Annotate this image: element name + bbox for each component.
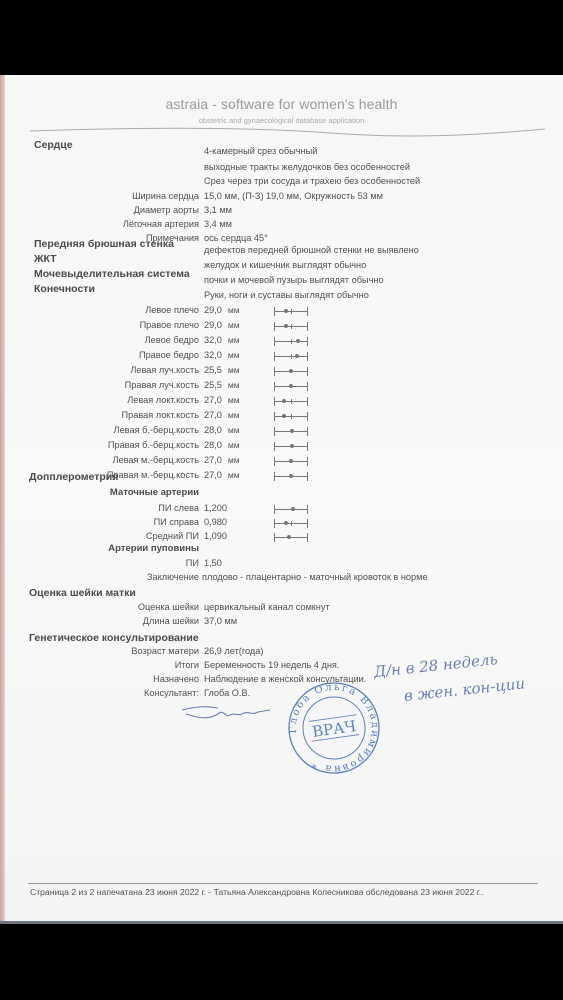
cervix-value: цервикальный канал сомкнут — [204, 602, 330, 613]
cervix-label: Оценка шейки — [138, 602, 199, 613]
limb-label: Левая локт.кость — [127, 395, 199, 406]
limb-unit: мм — [228, 425, 240, 435]
range-median-tick — [291, 354, 292, 359]
organ-finding: почки и мочевой пузырь выглядят обычно — [204, 275, 384, 286]
range-max-tick — [307, 427, 308, 436]
limb-unit: мм — [228, 410, 240, 420]
cervix-label: Длина шейки — [143, 616, 199, 627]
limb-label: Левая луч.кость — [130, 365, 199, 376]
report-page: astraia - software for women's health ob… — [0, 75, 563, 924]
limb-unit: мм — [228, 320, 240, 330]
genetic-label: Возраст матери — [131, 646, 199, 657]
range-min-tick — [274, 472, 275, 481]
range-bar — [274, 322, 308, 331]
section-organ: ЖКТ — [34, 253, 57, 265]
range-max-tick — [307, 412, 308, 421]
limb-number: 25,5 — [204, 380, 222, 390]
section-organ: Мочевыделительная система — [34, 268, 190, 280]
range-max-tick — [307, 337, 308, 346]
range-bar — [274, 397, 308, 406]
range-max-tick — [307, 352, 308, 361]
limb-number: 32,0 — [204, 335, 222, 345]
range-max-tick — [307, 533, 308, 542]
uterine-label: ПИ справа — [154, 517, 199, 528]
limb-value: 27,0мм — [204, 410, 240, 421]
range-max-tick — [307, 382, 308, 391]
limb-number: 27,0 — [204, 455, 222, 465]
organ-finding: желудок и кишечник выглядят обычно — [204, 260, 366, 271]
range-value-marker — [289, 474, 293, 478]
range-max-tick — [307, 457, 308, 466]
limb-label: Правое бедро — [139, 350, 199, 361]
section-heart: Сердце — [34, 139, 73, 151]
limb-number: 27,0 — [204, 395, 222, 405]
svg-text:ВРАЧ: ВРАЧ — [311, 717, 357, 741]
limb-value: 32,0мм — [204, 350, 240, 361]
range-max-tick — [307, 442, 308, 451]
doppler-conclusion: плодово - плацентарно - маточный кровото… — [202, 572, 428, 583]
range-value-marker — [284, 324, 288, 328]
limb-unit: мм — [228, 350, 240, 360]
range-median-tick — [291, 324, 292, 329]
limb-unit: мм — [228, 455, 240, 465]
range-value-marker — [290, 444, 294, 448]
limb-label: Правая луч.кость — [125, 380, 199, 391]
range-bar — [274, 307, 308, 316]
heart-row-value: 3,1 мм — [204, 205, 232, 216]
heart-row-label: Диаметр аорты — [134, 205, 199, 216]
limb-value: 28,0мм — [204, 440, 240, 451]
heart-row-label: Ширина сердца — [132, 191, 199, 202]
limb-label: Левое плечо — [145, 305, 199, 316]
heart-row-label: Лёгочная артерия — [123, 219, 199, 230]
range-bar — [274, 427, 308, 436]
range-bar — [274, 442, 308, 451]
handwritten-note-line1: Д/н в 28 недель — [373, 650, 498, 681]
range-bar — [274, 337, 308, 346]
doppler-conclusion-label: Заключение — [147, 572, 199, 583]
limb-value: 28,0мм — [204, 425, 240, 436]
range-value-marker — [284, 521, 288, 525]
limb-label: Правая м.-берц.кость — [107, 470, 199, 481]
range-min-tick — [274, 397, 275, 406]
paper-bottom-edge — [0, 921, 563, 924]
umbilical-pi-value: 1,50 — [204, 558, 222, 569]
range-max-tick — [307, 367, 308, 376]
range-value-marker — [289, 459, 293, 463]
range-value-marker — [289, 384, 293, 388]
range-bar — [274, 457, 308, 466]
limb-number: 28,0 — [204, 425, 222, 435]
heart-row-value: ось сердца 45° — [204, 233, 268, 244]
limb-value: 27,0мм — [204, 455, 240, 466]
range-median-tick — [291, 521, 292, 526]
limb-unit: мм — [228, 365, 240, 375]
range-value-marker — [282, 414, 286, 418]
heart-finding: выходные тракты желудочков без особеннос… — [204, 162, 410, 173]
header-title: astraia - software for women's health — [0, 96, 563, 112]
organ-finding: дефектов передней брюшной стенки не выяв… — [204, 245, 419, 256]
header-divider — [30, 123, 545, 143]
genetic-value: Глоба О.В. — [204, 688, 250, 699]
limb-value: 25,5мм — [204, 380, 240, 391]
limb-unit: мм — [228, 470, 240, 480]
uterine-label: Средний ПИ — [146, 531, 199, 542]
limb-number: 28,0 — [204, 440, 222, 450]
limb-number: 27,0 — [204, 470, 222, 480]
limb-value: 25,5мм — [204, 365, 240, 376]
range-value-marker — [287, 535, 291, 539]
range-max-tick — [307, 472, 308, 481]
section-genetic: Генетическое консультирование — [29, 632, 199, 644]
limb-label: Правая локт.кость — [122, 410, 200, 421]
range-median-tick — [291, 309, 292, 314]
range-max-tick — [307, 322, 308, 331]
limb-unit: мм — [228, 395, 240, 405]
limb-value: 27,0мм — [204, 395, 240, 406]
limb-number: 25,5 — [204, 365, 222, 375]
range-bar — [274, 367, 308, 376]
range-min-tick — [274, 505, 275, 514]
range-value-marker — [284, 309, 288, 313]
range-bar — [274, 472, 308, 481]
limb-number: 27,0 — [204, 410, 222, 420]
limb-value: 29,0мм — [204, 320, 240, 331]
range-bar — [274, 533, 308, 542]
section-cervix: Оценка шейки матки — [29, 587, 136, 599]
limb-number: 29,0 — [204, 305, 222, 315]
limb-unit: мм — [228, 335, 240, 345]
cervix-value: 37,0 мм — [204, 616, 237, 627]
limb-unit: мм — [228, 380, 240, 390]
range-min-tick — [274, 533, 275, 542]
heart-finding: Срез через три сосуда и трахею без особе… — [204, 176, 420, 187]
uterine-value: 0,980 — [204, 517, 227, 528]
limb-label: Левая б.-берц.кость — [114, 425, 199, 436]
range-median-tick — [291, 414, 292, 419]
heart-row-value: 3,4 мм — [204, 219, 232, 230]
range-min-tick — [274, 367, 275, 376]
range-value-marker — [291, 507, 295, 511]
genetic-value: Беременность 19 недель 4 дня. — [204, 660, 339, 671]
range-min-tick — [274, 412, 275, 421]
range-min-tick — [274, 307, 275, 316]
range-value-marker — [282, 399, 286, 403]
range-max-tick — [307, 307, 308, 316]
signature — [178, 702, 273, 724]
section-organ: Передняя брюшная стенка — [34, 238, 174, 250]
limb-value: 32,0мм — [204, 335, 240, 346]
limb-unit: мм — [228, 305, 240, 315]
range-min-tick — [274, 442, 275, 451]
umbilical-pi-label: ПИ — [186, 558, 199, 569]
heart-row-value: 15,0 мм, (П-З) 19,0 мм, Окружность 53 мм — [204, 191, 383, 202]
range-min-tick — [274, 457, 275, 466]
range-min-tick — [274, 322, 275, 331]
uterine-value: 1,200 — [204, 503, 227, 514]
range-line — [274, 537, 308, 538]
genetic-label: Консультант: — [144, 688, 199, 699]
heart-finding: 4-камерный срез обычный — [204, 146, 317, 157]
uterine-arteries-title: Маточные артерии — [110, 487, 199, 498]
limb-number: 29,0 — [204, 320, 222, 330]
umbilical-arteries-title: Артерии пуповины — [108, 543, 199, 554]
section-organ: Конечности — [34, 283, 95, 295]
limb-unit: мм — [228, 440, 240, 450]
limb-label: Правая б.-берц.кость — [108, 440, 199, 451]
range-value-marker — [296, 339, 300, 343]
organ-finding: Руки, ноги и суставы выглядят обычно — [204, 290, 369, 301]
limb-label: Левая м.-берц.кость — [113, 455, 200, 466]
range-value-marker — [289, 369, 293, 373]
range-bar — [274, 352, 308, 361]
range-bar — [274, 519, 308, 528]
limb-number: 32,0 — [204, 350, 222, 360]
range-bar — [274, 412, 308, 421]
range-value-marker — [295, 354, 299, 358]
section-doppler: Допплерометрия — [29, 471, 118, 483]
genetic-value: 26,9 лет(года) — [204, 646, 263, 657]
limb-label: Правое плечо — [140, 320, 199, 331]
paper-edge — [0, 75, 5, 924]
range-min-tick — [274, 382, 275, 391]
range-median-tick — [291, 339, 292, 344]
limb-value: 29,0мм — [204, 305, 240, 316]
range-min-tick — [274, 519, 275, 528]
limb-label: Левое бедро — [145, 335, 199, 346]
range-value-marker — [290, 429, 294, 433]
uterine-label: ПИ слева — [158, 503, 199, 514]
footer-text: Страница 2 из 2 напечатана 23 июня 2022 … — [30, 887, 484, 897]
uterine-value: 1,090 — [204, 531, 227, 542]
handwritten-note-line2: в жен. кон-ции — [403, 674, 526, 705]
footer-divider — [28, 883, 538, 884]
range-min-tick — [274, 427, 275, 436]
doctor-stamp: Глоба Ольга Владимировна * ВРАЧ — [280, 674, 388, 782]
range-min-tick — [274, 352, 275, 361]
range-min-tick — [274, 337, 275, 346]
genetic-label: Назначено — [153, 674, 199, 685]
genetic-label: Итоги — [175, 660, 199, 671]
limb-value: 27,0мм — [204, 470, 240, 481]
range-max-tick — [307, 519, 308, 528]
range-bar — [274, 505, 308, 514]
range-bar — [274, 382, 308, 391]
range-max-tick — [307, 505, 308, 514]
range-median-tick — [291, 399, 292, 404]
range-max-tick — [307, 397, 308, 406]
